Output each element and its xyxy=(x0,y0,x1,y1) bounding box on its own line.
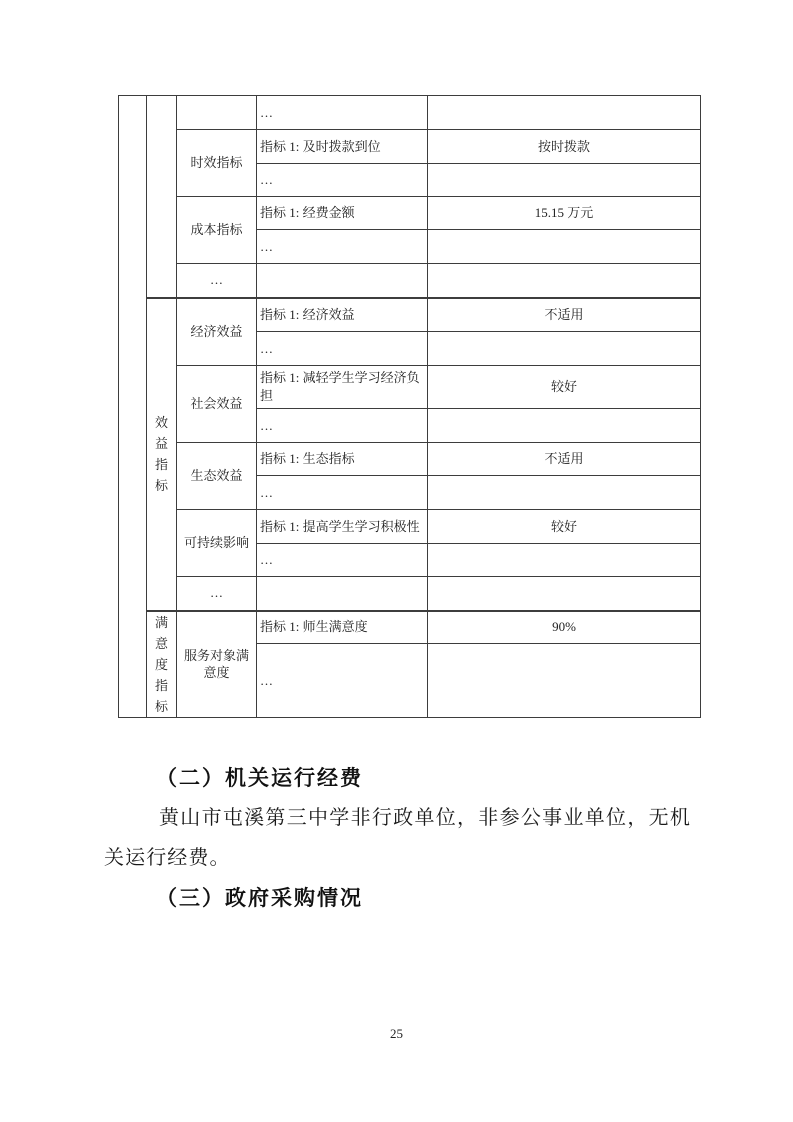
table-cell-empty-indicator xyxy=(257,577,428,611)
body-text-block: （二）机关运行经费 黄山市屯溪第三中学非行政单位，非参公事业单位，无机关运行经费… xyxy=(104,758,691,918)
value-economic: 不适用 xyxy=(428,298,701,332)
value-timeliness: 按时拨款 xyxy=(428,130,701,164)
table-cell-empty-left-category xyxy=(119,96,147,718)
table-cell-empty-value xyxy=(428,476,701,510)
table-cell-empty-indicator xyxy=(257,264,428,298)
section-heading-government-procurement: （三）政府采购情况 xyxy=(104,878,691,918)
table-cell-empty-value xyxy=(428,96,701,130)
paragraph-agency-operating-funds: 黄山市屯溪第三中学非行政单位，非参公事业单位，无机关运行经费。 xyxy=(104,798,691,878)
table-cell-empty-value xyxy=(428,409,701,443)
ellipsis-cell: … xyxy=(257,96,428,130)
ellipsis-cell: … xyxy=(257,544,428,577)
value-service-satisfaction: 90% xyxy=(428,611,701,644)
value-cost: 15.15 万元 xyxy=(428,197,701,230)
table-cell-empty-value xyxy=(428,644,701,718)
ellipsis-cell: … xyxy=(257,409,428,443)
group-label-cost: 成本指标 xyxy=(177,197,257,264)
category-label-benefit: 效益指标 xyxy=(147,298,177,611)
value-social: 较好 xyxy=(428,366,701,409)
group-label-social: 社会效益 xyxy=(177,366,257,443)
table-cell-empty-value xyxy=(428,332,701,366)
ellipsis-cell: … xyxy=(257,644,428,718)
page-number: 25 xyxy=(0,1026,793,1042)
indicator-sustainable: 指标 1: 提高学生学习积极性 xyxy=(257,510,428,544)
indicator-service-satisfaction: 指标 1: 师生满意度 xyxy=(257,611,428,644)
ellipsis-cell: … xyxy=(257,476,428,510)
ellipsis-cell: … xyxy=(177,264,257,298)
table-cell-empty-value xyxy=(428,544,701,577)
table-cell-empty-value xyxy=(428,577,701,611)
table-cell-empty-value xyxy=(428,264,701,298)
section-heading-agency-operating-funds: （二）机关运行经费 xyxy=(104,758,691,798)
group-label-sustainable: 可持续影响 xyxy=(177,510,257,577)
ellipsis-cell: … xyxy=(257,164,428,197)
group-label-ecological: 生态效益 xyxy=(177,443,257,510)
category-label-benefit-text: 效益指标 xyxy=(154,412,168,496)
indicator-cost: 指标 1: 经费金额 xyxy=(257,197,428,230)
ellipsis-cell: … xyxy=(257,332,428,366)
indicator-ecological: 指标 1: 生态指标 xyxy=(257,443,428,476)
ellipsis-cell: … xyxy=(257,230,428,264)
group-label-economic: 经济效益 xyxy=(177,298,257,366)
category-label-satisfaction-text: 满意度指标 xyxy=(154,612,168,717)
ellipsis-cell: … xyxy=(177,577,257,611)
value-ecological: 不适用 xyxy=(428,443,701,476)
table-cell-empty-category xyxy=(147,96,177,298)
table-cell-empty-group xyxy=(177,96,257,130)
value-sustainable: 较好 xyxy=(428,510,701,544)
indicator-social: 指标 1: 减轻学生学习经济负担 xyxy=(257,366,428,409)
indicator-economic: 指标 1: 经济效益 xyxy=(257,298,428,332)
group-label-timeliness: 时效指标 xyxy=(177,130,257,197)
category-label-satisfaction: 满意度指标 xyxy=(147,611,177,718)
table-cell-empty-value xyxy=(428,230,701,264)
indicator-timeliness: 指标 1: 及时拨款到位 xyxy=(257,130,428,164)
group-label-service-satisfaction: 服务对象满意度 xyxy=(177,611,257,718)
table-cell-empty-value xyxy=(428,164,701,197)
performance-indicator-table: … 时效指标 指标 1: 及时拨款到位 按时拨款 … 成本指标 指标 1: 经费… xyxy=(118,95,701,718)
document-page: … 时效指标 指标 1: 及时拨款到位 按时拨款 … 成本指标 指标 1: 经费… xyxy=(0,0,793,1122)
